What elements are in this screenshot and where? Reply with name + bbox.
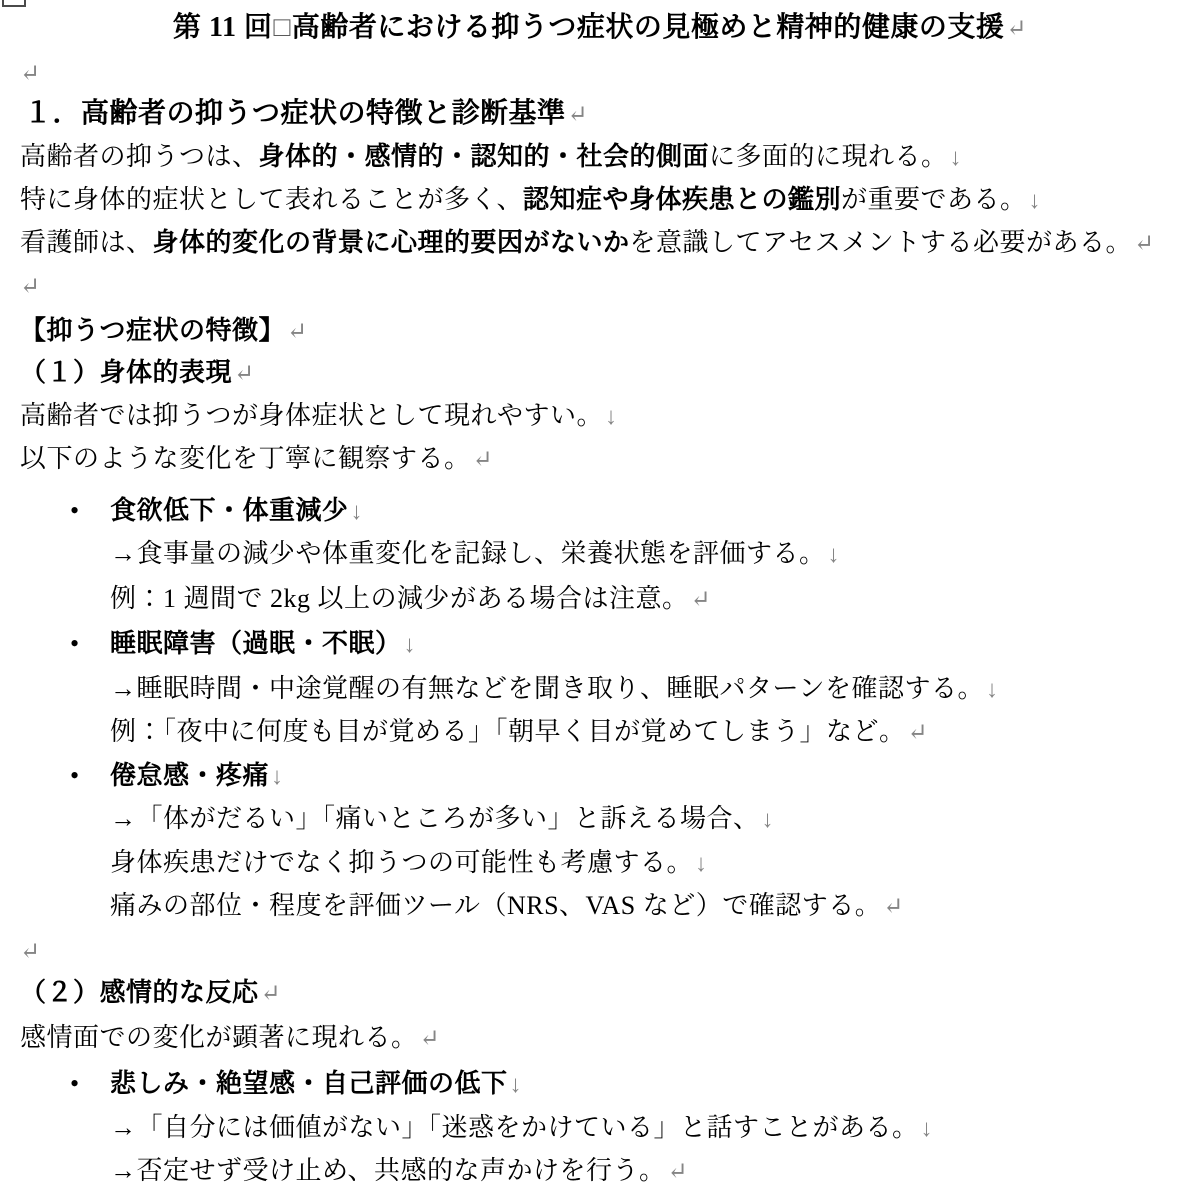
paragraph-mark-icon: ↵ xyxy=(881,894,904,920)
bullet-icon: • xyxy=(70,754,80,797)
paragraph-mark-icon: ↵ xyxy=(906,720,929,746)
indent-line: 例：1 週間で 2kg 以上の減少がある場合は注意。↵ xyxy=(110,577,711,620)
paragraph-mark-icon: ↵ xyxy=(259,981,282,1007)
body-text: を意識してアセスメントする必要がある。 xyxy=(630,228,1132,257)
line-break-mark-icon: ↓ xyxy=(402,632,417,658)
indent-line: 例：「夜中に何度も目が覚める」「朝早く目が覚めてしまう」など。↵ xyxy=(110,710,928,753)
line-break-mark-icon: ↓ xyxy=(603,404,618,430)
indent-line: →「体がだるい」「痛いところが多い」と訴える場合、↓ xyxy=(110,797,774,840)
body-text-bold: 認知症や身体疾患との鑑別 xyxy=(523,185,841,214)
paragraph-mark-icon: ↵ xyxy=(20,939,41,965)
body-text: 例：「夜中に何度も目が覚める」「朝早く目が覚めてしまう」など。 xyxy=(110,717,906,746)
heading-text: １．高齢者の抑うつ症状の特徴と診断基準 xyxy=(24,98,566,129)
fullwidth-space-mark: □ xyxy=(272,12,291,43)
body-text: 特に身体的症状として表れることが多く、 xyxy=(20,185,523,214)
bullet-head-text: 倦怠感・疼痛 xyxy=(110,761,269,790)
paragraph-mark-icon: ↵ xyxy=(285,319,308,345)
body-text: →「体がだるい」「痛いところが多い」と訴える場合、 xyxy=(110,804,760,833)
indent-line: →否定せず受け止め、共感的な声かけを行う。↵ xyxy=(110,1149,688,1192)
title-text: 第 11 回 xyxy=(173,12,272,43)
paragraph-mark-icon: ↵ xyxy=(689,587,712,613)
body-text: 身体疾患だけでなく抑うつの可能性も考慮する。 xyxy=(110,848,693,877)
paragraph-mark-icon: ↵ xyxy=(566,102,589,128)
indent-line: →食事量の減少や体重変化を記録し、栄養状態を評価する。↓ xyxy=(110,532,840,575)
subsection-heading: （２）感情的な反応↵ xyxy=(20,971,281,1014)
line-break-mark-icon: ↓ xyxy=(948,145,963,171)
document-page: 第 11 回□高齢者における抑うつ症状の見極めと精神的健康の支援↵ ↵ １．高齢… xyxy=(0,0,1200,1193)
bullet-icon: • xyxy=(70,489,80,532)
body-text: 看護師は、 xyxy=(20,228,153,257)
body-line: 特に身体的症状として表れることが多く、認知症や身体疾患との鑑別が重要である。↓ xyxy=(20,178,1041,221)
bullet-head-text: 食欲低下・体重減少 xyxy=(110,496,349,525)
indent-line: 身体疾患だけでなく抑うつの可能性も考慮する。↓ xyxy=(110,841,708,884)
empty-paragraph: ↵ xyxy=(20,264,41,307)
bullet-head-text: 悲しみ・絶望感・自己評価の低下 xyxy=(110,1069,508,1098)
body-text: 痛みの部位・程度を評価ツール（NRS、VAS など）で確認する。 xyxy=(110,891,881,920)
line-break-mark-icon: ↓ xyxy=(349,499,364,525)
body-text: 高齢者では抑うつが身体症状として現れやすい。 xyxy=(20,401,603,430)
paragraph-mark-icon: ↵ xyxy=(232,361,255,387)
body-line: 看護師は、身体的変化の背景に心理的要因がないかを意識してアセスメントする必要があ… xyxy=(20,221,1155,264)
subsection-heading: 【抑うつ症状の特徴】↵ xyxy=(20,309,308,352)
paragraph-mark-icon: ↵ xyxy=(1004,16,1027,42)
indent-line: →「自分には価値がない」「迷惑をかけている」と話すことがある。↓ xyxy=(110,1106,933,1149)
paragraph-mark-icon: ↵ xyxy=(1132,231,1155,257)
indent-line: →睡眠時間・中途覚醒の有無などを聞き取り、睡眠パターンを確認する。↓ xyxy=(110,667,998,710)
section-heading-1: １．高齢者の抑うつ症状の特徴と診断基準↵ xyxy=(24,92,588,135)
title-text: 高齢者における抑うつ症状の見極めと精神的健康の支援 xyxy=(292,12,1005,43)
body-text: →睡眠時間・中途覚醒の有無などを聞き取り、睡眠パターンを確認する。 xyxy=(110,674,984,703)
body-text-bold: 身体的変化の背景に心理的要因がないか xyxy=(153,228,630,257)
body-text: が重要である。 xyxy=(841,185,1027,214)
bullet-item: •倦怠感・疼痛↓ xyxy=(110,754,284,797)
paragraph-mark-icon: ↵ xyxy=(20,274,41,300)
body-text: 例：1 週間で 2kg 以上の減少がある場合は注意。 xyxy=(110,584,689,613)
bullet-item: •睡眠障害（過眠・不眠）↓ xyxy=(110,622,416,665)
empty-paragraph: ↵ xyxy=(20,929,41,972)
line-break-mark-icon: ↓ xyxy=(508,1072,523,1098)
line-break-mark-icon: ↓ xyxy=(693,851,708,877)
bullet-item: •食欲低下・体重減少↓ xyxy=(110,489,363,532)
paragraph-mark-icon: ↵ xyxy=(665,1159,688,1185)
body-text: →否定せず受け止め、共感的な声かけを行う。 xyxy=(110,1156,665,1185)
subsection-heading: （１）身体的表現↵ xyxy=(20,351,255,394)
line-break-mark-icon: ↓ xyxy=(919,1116,934,1142)
paragraph-mark-icon: ↵ xyxy=(471,447,494,473)
heading-text: 【抑うつ症状の特徴】 xyxy=(20,316,285,345)
body-line: 高齢者では抑うつが身体症状として現れやすい。↓ xyxy=(20,394,618,437)
body-line: 高齢者の抑うつは、身体的・感情的・認知的・社会的側面に多面的に現れる。↓ xyxy=(20,135,962,178)
bullet-icon: • xyxy=(70,1062,80,1105)
body-text: →「自分には価値がない」「迷惑をかけている」と話すことがある。 xyxy=(110,1113,919,1142)
line-break-mark-icon: ↓ xyxy=(269,764,284,790)
heading-text: （２）感情的な反応 xyxy=(20,978,259,1007)
body-text-bold: 身体的・感情的・認知的・社会的側面 xyxy=(259,142,710,171)
body-text: 高齢者の抑うつは、 xyxy=(20,142,259,171)
body-text: 感情面での変化が顕著に現れる。 xyxy=(20,1023,418,1052)
paragraph-mark-icon: ↵ xyxy=(20,61,41,87)
paragraph-mark-icon: ↵ xyxy=(418,1026,441,1052)
line-break-mark-icon: ↓ xyxy=(984,677,999,703)
body-line: 以下のような変化を丁寧に観察する。↵ xyxy=(20,437,493,480)
body-text: に多面的に現れる。 xyxy=(709,142,948,171)
heading-text: （１）身体的表現 xyxy=(20,358,232,387)
empty-paragraph: ↵ xyxy=(20,51,41,94)
body-line: 感情面での変化が顕著に現れる。↵ xyxy=(20,1016,440,1059)
body-text: 以下のような変化を丁寧に観察する。 xyxy=(20,444,471,473)
bullet-head-text: 睡眠障害（過眠・不眠） xyxy=(110,629,402,658)
indent-line: 痛みの部位・程度を評価ツール（NRS、VAS など）で確認する。↵ xyxy=(110,884,904,927)
line-break-mark-icon: ↓ xyxy=(1027,188,1042,214)
bullet-item: •悲しみ・絶望感・自己評価の低下↓ xyxy=(110,1062,522,1105)
line-break-mark-icon: ↓ xyxy=(826,542,841,568)
document-title: 第 11 回□高齢者における抑うつ症状の見極めと精神的健康の支援↵ xyxy=(0,6,1200,49)
body-text: →食事量の減少や体重変化を記録し、栄養状態を評価する。 xyxy=(110,539,826,568)
line-break-mark-icon: ↓ xyxy=(760,807,775,833)
bullet-icon: • xyxy=(70,622,80,665)
